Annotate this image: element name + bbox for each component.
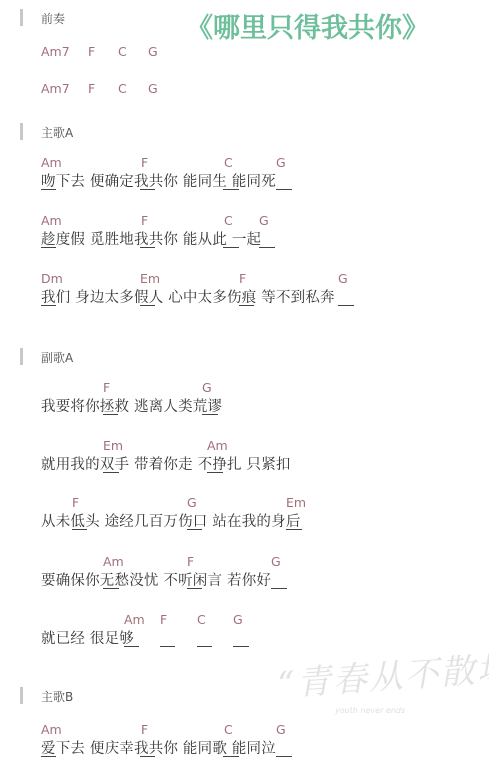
chord-label: C xyxy=(224,722,233,737)
chord-position-underline xyxy=(140,756,155,757)
chord-position-underline xyxy=(187,588,202,589)
chord-label: Am xyxy=(207,438,228,453)
lyric-line: 爱下去 便庆幸我共你 能同歌 能同泣 xyxy=(41,737,276,758)
chord-position-underline xyxy=(276,189,292,190)
lyric-line: 就已经 很足够 xyxy=(41,627,134,648)
chord-position-underline xyxy=(160,646,175,647)
chord-position-underline xyxy=(233,646,249,647)
chord-label: F xyxy=(141,722,148,737)
chord-position-underline xyxy=(338,305,354,306)
chord-label: G xyxy=(148,81,158,96)
chord-label: F xyxy=(88,81,95,96)
section-label: 副歌A xyxy=(41,349,73,366)
chord-position-underline xyxy=(239,305,254,306)
chord-position-underline xyxy=(207,472,223,473)
section-label: 主歌A xyxy=(41,124,73,141)
chord-label: C xyxy=(224,155,233,170)
chord-label: G xyxy=(148,44,158,59)
chord-position-underline xyxy=(286,529,302,530)
lyric-line: 趁度假 觅胜地我共你 能从此 一起 xyxy=(41,228,261,249)
section-marker-bar xyxy=(20,9,23,26)
chord-position-underline xyxy=(140,247,155,248)
chord-position-underline xyxy=(276,756,292,757)
chord-position-underline xyxy=(41,305,56,306)
lyric-line: 吻下去 便确定我共你 能同生 能同死 xyxy=(41,170,276,191)
watermark-signature: “青春从不散场” xyxy=(276,643,481,732)
chord-label: Am7 xyxy=(41,81,70,96)
chord-label: F xyxy=(187,554,194,569)
chord-position-underline xyxy=(41,247,56,248)
chord-position-underline xyxy=(103,414,118,415)
chord-position-underline xyxy=(103,472,119,473)
lyric-line: 我要将你拯救 逃离人类荒谬 xyxy=(41,395,222,416)
chord-label: G xyxy=(187,495,197,510)
watermark-subtext: youth never ends xyxy=(335,706,405,715)
chord-position-underline xyxy=(187,529,202,530)
chord-label: C xyxy=(224,213,233,228)
chord-label: F xyxy=(88,44,95,59)
chord-label: F xyxy=(72,495,79,510)
chord-label: G xyxy=(338,271,348,286)
chord-label: Am7 xyxy=(41,44,70,59)
chord-label: G xyxy=(233,612,243,627)
chord-label: Dm xyxy=(41,271,63,286)
chord-position-underline xyxy=(140,189,155,190)
chord-position-underline xyxy=(140,305,155,306)
chord-position-underline xyxy=(72,529,87,530)
chord-label: F xyxy=(160,612,167,627)
chord-label: C xyxy=(118,81,127,96)
chord-label: F xyxy=(141,213,148,228)
chord-position-underline xyxy=(124,646,139,647)
chord-position-underline xyxy=(103,588,119,589)
chord-label: C xyxy=(118,44,127,59)
chord-position-underline xyxy=(197,646,212,647)
chord-label: Em xyxy=(286,495,306,510)
section-marker-bar xyxy=(20,123,23,140)
chord-label: F xyxy=(239,271,246,286)
section-label: 前奏 xyxy=(41,10,65,27)
chord-label: Am xyxy=(41,722,62,737)
section-marker-bar xyxy=(20,348,23,365)
chord-position-underline xyxy=(259,247,275,248)
chord-label: Em xyxy=(103,438,123,453)
chord-position-underline xyxy=(41,756,56,757)
lyric-line: 我们 身边太多假人 心中太多伤痕 等不到私奔 xyxy=(41,286,335,307)
section-label: 主歌B xyxy=(41,688,73,705)
chord-label: Am xyxy=(41,213,62,228)
chord-label: Am xyxy=(124,612,145,627)
chord-label: G xyxy=(271,554,281,569)
chord-label: Am xyxy=(103,554,124,569)
chord-label: Em xyxy=(140,271,160,286)
chord-position-underline xyxy=(223,756,239,757)
section-marker-bar xyxy=(20,687,23,704)
song-title: 《哪里只得我共你》 xyxy=(186,6,429,45)
lyric-line: 就用我的双手 带着你走 不挣扎 只紧扣 xyxy=(41,453,291,474)
chord-label: F xyxy=(103,380,110,395)
chord-label: G xyxy=(202,380,212,395)
chord-label: G xyxy=(259,213,269,228)
lyric-line: 要确保你无愁没忧 不听闲言 若你好 xyxy=(41,569,271,590)
chord-position-underline xyxy=(202,414,218,415)
chord-label: F xyxy=(141,155,148,170)
lyric-line: 从未低头 途经几百万伤口 站在我的身后 xyxy=(41,510,301,531)
chord-position-underline xyxy=(223,247,239,248)
chord-label: Am xyxy=(41,155,62,170)
chord-position-underline xyxy=(41,189,56,190)
chord-label: G xyxy=(276,155,286,170)
chord-position-underline xyxy=(223,189,239,190)
chord-label: C xyxy=(197,612,206,627)
chord-position-underline xyxy=(271,588,287,589)
